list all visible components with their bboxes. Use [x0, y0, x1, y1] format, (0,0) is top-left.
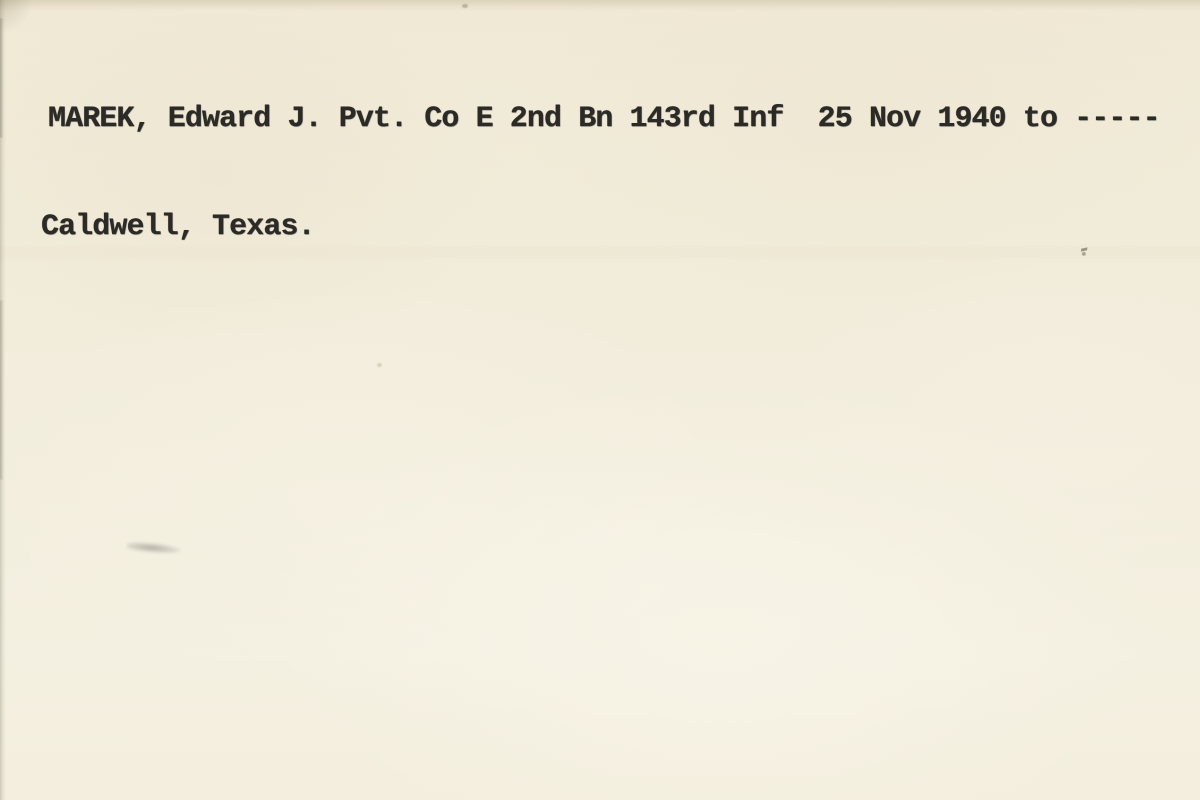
top-edge-speck-mark — [462, 4, 468, 8]
typed-text-block: MAREK, Edward J. Pvt. Co E 2nd Bn 143rd … — [41, 29, 1160, 317]
card-line-service-record: MAREK, Edward J. Pvt. Co E 2nd Bn 143rd … — [41, 101, 1160, 137]
index-card: MAREK, Edward J. Pvt. Co E 2nd Bn 143rd … — [0, 0, 1200, 800]
scan-edge-top — [0, 0, 1200, 12]
scan-corner-shadow — [0, 0, 34, 34]
paper-blemish-mark — [377, 363, 382, 367]
card-line-place: Caldwell, Texas. — [41, 209, 1160, 245]
scan-edge-left-shadow — [0, 18, 4, 138]
scan-edge-left-shadow — [0, 300, 4, 480]
pencil-smudge-mark — [127, 541, 182, 556]
